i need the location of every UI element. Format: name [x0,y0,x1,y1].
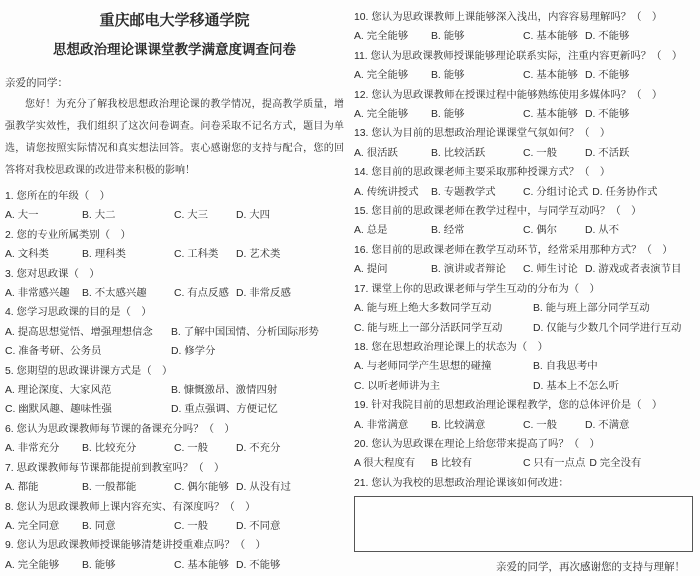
option: A. 都能 [5,478,82,497]
question-list-left: 1. 您所在的年级（ ）A. 大一B. 大二C. 大三D. 大四2. 您的专业所… [5,187,344,575]
question-text: 1. 您所在的年级（ ） [5,187,344,206]
question-text: 16. 您目前的思政课老师在教学互动环节，经常采用那种方式？（ ） [354,241,695,260]
option-row: A. 大一B. 大二C. 大三D. 大四 [5,206,344,225]
option: C. 一般 [174,517,236,536]
option: D. 从不 [585,221,623,240]
option: A. 提高思想觉悟、增强理想信念 [5,323,171,342]
option: C. 基本能够 [523,27,585,46]
option: B. 能够 [431,66,523,85]
option: D. 非常反感 [236,284,295,303]
question-text: 13. 您认为目前的思想政治理论课课堂气氛如何？（ ） [354,124,695,143]
question-text: 7. 思政课教师每节课都能提前到教室吗？（ ） [5,459,344,478]
option: D. 不能够 [585,27,633,46]
option: A. 提问 [354,260,431,279]
option-row: A. 很活跃B. 比较活跃C. 一般D. 不活跃 [354,144,695,163]
option: D. 艺术类 [236,245,284,264]
option: C. 一般 [523,144,585,163]
option: C. 一般 [523,416,585,435]
option-row: A. 完全能够B. 能够C. 基本能够D. 不能够 [354,66,695,85]
option: D. 游戏或者表演节目 [585,260,685,279]
question-text: 6. 您认为思政课教师每节课的备课充分吗？（ ） [5,420,344,439]
option-row: A. 文科类B. 理科类C. 工科类D. 艺术类 [5,245,344,264]
option: C. 准备考研、公务员 [5,342,171,361]
option: D. 基本上不怎么听 [533,377,623,396]
option: C. 分组讨论式 [523,183,592,202]
option: A. 很活跃 [354,144,431,163]
option: C. 大三 [174,206,236,225]
option: A. 完全能够 [354,27,431,46]
question-text: 4. 您学习思政课的目的是（ ） [5,303,344,322]
option-row: A. 完全能够B. 能够C. 基本能够D. 不能够 [5,556,344,575]
option: C. 工科类 [174,245,236,264]
question-text: 11. 您认为思政课教师授课能够理论联系实际，注重内容更新吗？（ ） [354,47,695,66]
option-row: A. 提问B. 演讲或者辩论C. 师生讨论D. 游戏或者表演节目 [354,260,695,279]
option: C. 幽默风趣、趣味性强 [5,400,171,419]
option-row: A. 提高思想觉悟、增强理想信念B. 了解中国国情、分析国际形势 [5,323,344,342]
option: A. 总是 [354,221,431,240]
option: A. 完全能够 [354,66,431,85]
option: B 比较有 [431,454,523,473]
salutation: 亲爱的同学： [5,72,344,94]
option: B. 自我思考中 [533,357,602,376]
option: A. 传统讲授式 [354,183,431,202]
option: D. 仅能与少数几个同学进行互动 [533,319,685,338]
option-row: A. 非常感兴趣B. 不太感兴趣C. 有点反感D. 非常反感 [5,284,344,303]
option: D. 从没有过 [236,478,295,497]
question-text: 14. 您目前的思政课老师主要采取那种授课方式？（ ） [354,163,695,182]
option: A. 非常感兴趣 [5,284,82,303]
option: D. 大四 [236,206,274,225]
option: D. 重点强调、方便记忆 [171,400,282,419]
option-row: A. 都能B. 一般都能C. 偶尔能够D. 从没有过 [5,478,344,497]
option: A. 与老师同学产生思想的碰撞 [354,357,533,376]
option: A. 完全同意 [5,517,82,536]
option: D. 不充分 [236,439,284,458]
option-row: C. 幽默风趣、趣味性强D. 重点强调、方便记忆 [5,400,344,419]
option-row: A. 总是B. 经常C. 偶尔D. 从不 [354,221,695,240]
option: B. 能够 [82,556,174,575]
option: C. 偶尔 [523,221,585,240]
option: A. 能与班上绝大多数同学互动 [354,299,533,318]
option: D. 不能够 [585,66,633,85]
closing-thanks: 亲爱的同学，再次感谢您的支持与理解！ [354,557,695,576]
option: B. 一般都能 [82,478,174,497]
intro-paragraph: 您好！为充分了解我校思想政治理论课的教学情况，提高教学质量，增强教学实效性，我们… [5,94,344,182]
option-row: C. 能与班上一部分活跃同学互动D. 仅能与少数几个同学进行互动 [354,319,695,338]
right-column: 10. 您认为思政课教师上课能够深入浅出，内容容易理解吗？（ ）A. 完全能够B… [352,0,700,576]
option: B. 理科类 [82,245,174,264]
option: B. 能够 [431,27,523,46]
option: B. 不太感兴趣 [82,284,174,303]
option-row: A. 理论深度、大家风范B. 慷慨激昂、激情四射 [5,381,344,400]
option: B. 同意 [82,517,174,536]
questionnaire-title: 思想政治理论课课堂教学满意度调查问卷 [5,37,344,63]
option: D. 不能够 [236,556,284,575]
option: A. 理论深度、大家风范 [5,381,171,400]
option: D. 任务协作式 [592,183,661,202]
question-text: 18. 您在思想政治理论课上的状态为（ ） [354,338,695,357]
option: B. 演讲或者辩论 [431,260,523,279]
option: B. 慷慨激昂、激情四射 [171,381,281,400]
university-title: 重庆邮电大学移通学院 [5,8,344,34]
question-text: 12. 您认为思政课教师在授课过程中能够熟练使用多媒体吗？（ ） [354,86,695,105]
option: D. 不活跃 [585,144,633,163]
option: C. 师生讨论 [523,260,585,279]
question-text: 17. 课堂上你的思政课老师与学生互动的分布为（ ） [354,280,695,299]
option: C 只有一点点 [523,454,589,473]
option-row: A. 与老师同学产生思想的碰撞B. 自我思考中 [354,357,695,376]
questionnaire-page: 重庆邮电大学移通学院 思想政治理论课课堂教学满意度调查问卷 亲爱的同学： 您好！… [0,0,700,576]
option-row: A. 非常充分B. 比较充分C. 一般D. 不充分 [5,439,344,458]
option: D. 修学分 [171,342,219,361]
question-text: 8. 您认为思政课教师上课内容充实、有深度吗？（ ） [5,498,344,517]
question-text: 2. 您的专业所属类别（ ） [5,226,344,245]
option-row: A. 非常满意B. 比较满意C. 一般D. 不满意 [354,416,695,435]
option: B. 能够 [431,105,523,124]
option: B. 比较充分 [82,439,174,458]
question-text: 20. 您认为思政课在理论上给您带来提高了吗？（ ） [354,435,695,454]
question-text: 3. 您对思政课（ ） [5,265,344,284]
option-row: A. 完全能够B. 能够C. 基本能够D. 不能够 [354,105,695,124]
question-text: 15. 您目前的思政课老师在教学过程中，与同学互动吗？（ ） [354,202,695,221]
option-row: A. 完全同意B. 同意C. 一般D. 不同意 [5,517,344,536]
option-row: A. 传统讲授式B. 专题教学式C. 分组讨论式D. 任务协作式 [354,183,695,202]
question-text: 5. 您期望的思政课讲课方式是（ ） [5,362,344,381]
option: A 很大程度有 [354,454,431,473]
option: B. 比较活跃 [431,144,523,163]
option: A. 大一 [5,206,82,225]
option: B. 专题教学式 [431,183,523,202]
option: C. 基本能够 [523,66,585,85]
option-row: C. 准备考研、公务员D. 修学分 [5,342,344,361]
option: C. 能与班上一部分活跃同学互动 [354,319,533,338]
option: D 完全没有 [589,454,645,473]
option: C. 一般 [174,439,236,458]
option: D. 不能够 [585,105,633,124]
option: D. 不满意 [585,416,633,435]
option: C. 基本能够 [523,105,585,124]
option: A. 非常满意 [354,416,431,435]
question-text: 10. 您认为思政课教师上课能够深入浅出，内容容易理解吗？（ ） [354,8,695,27]
option: C. 有点反感 [174,284,236,303]
option: B. 大二 [82,206,174,225]
option: C. 以听老师讲为主 [354,377,533,396]
option: D. 不同意 [236,517,284,536]
open-question-text: 21. 您认为我校的思想政治理论课该如何改进： [354,474,695,493]
left-column: 重庆邮电大学移通学院 思想政治理论课课堂教学满意度调查问卷 亲爱的同学： 您好！… [0,0,352,576]
option: B. 比较满意 [431,416,523,435]
option: C. 基本能够 [174,556,236,575]
option: A. 非常充分 [5,439,82,458]
option: B. 经常 [431,221,523,240]
option: A. 文科类 [5,245,82,264]
option: A. 完全能够 [354,105,431,124]
option: C. 偶尔能够 [174,478,236,497]
option-row: C. 以听老师讲为主D. 基本上不怎么听 [354,377,695,396]
question-list-right: 10. 您认为思政课教师上课能够深入浅出，内容容易理解吗？（ ）A. 完全能够B… [354,8,695,474]
option-row: A. 能与班上绝大多数同学互动B. 能与班上部分同学互动 [354,299,695,318]
option-row: A. 完全能够B. 能够C. 基本能够D. 不能够 [354,27,695,46]
option: A. 完全能够 [5,556,82,575]
answer-box [354,496,693,552]
option-row: A 很大程度有B 比较有C 只有一点点D 完全没有 [354,454,695,473]
question-text: 19. 针对我院目前的思想政治理论课程教学，您的总体评价是（ ） [354,396,695,415]
option: B. 能与班上部分同学互动 [533,299,654,318]
question-text: 9. 您认为思政课教师授课能够清楚讲授重难点吗？（ ） [5,536,344,555]
option: B. 了解中国国情、分析国际形势 [171,323,323,342]
